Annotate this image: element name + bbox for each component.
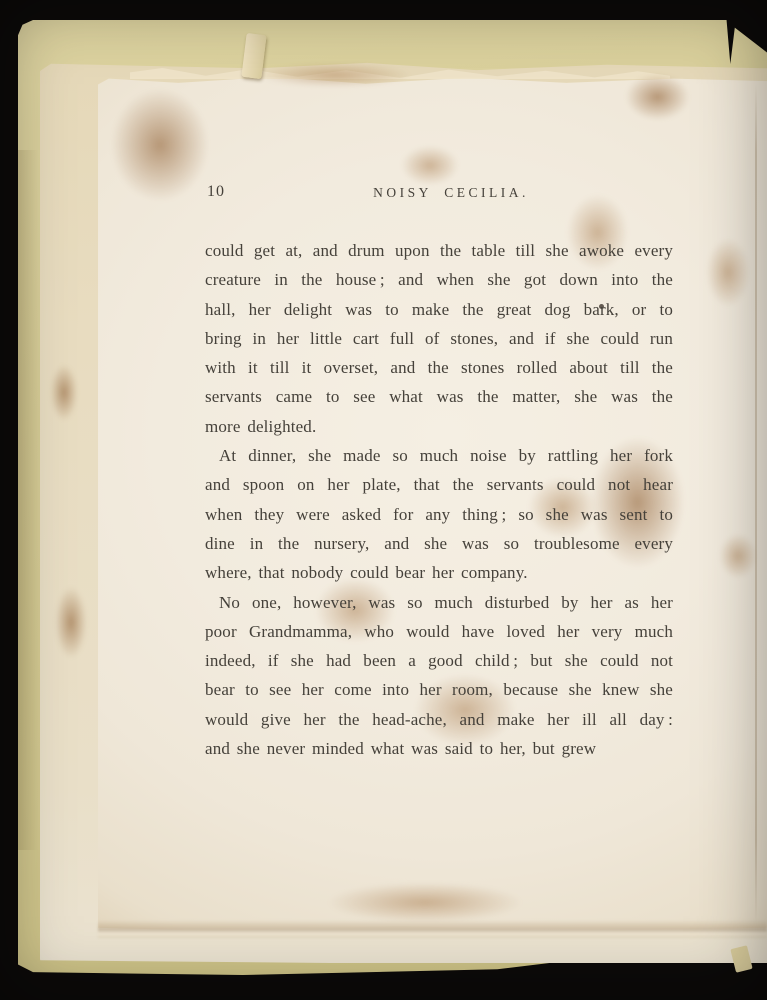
text-line: with it till it overset, and the stones … (205, 353, 673, 382)
body-text: could get at, and drum upon the table ti… (205, 236, 673, 763)
text-line: No one, however, was so much disturbed b… (205, 588, 673, 617)
text-line: could get at, and drum upon the table ti… (205, 236, 673, 265)
text-line: dine in the nursery, and she was so trou… (205, 529, 673, 558)
printed-text-block: 10 NOISY CECILIA. could get at, and drum… (205, 183, 673, 763)
text-line: more delighted. (205, 412, 673, 441)
bottom-crease (98, 920, 767, 938)
text-line: At dinner, she made so much noise by rat… (205, 441, 673, 470)
text-line: and spoon on her plate, that the servant… (205, 470, 673, 499)
text-line: where, that nobody could bear her compan… (205, 558, 673, 587)
text-line: indeed, if she had been a good child ; b… (205, 646, 673, 675)
outer-page-shadow (18, 150, 38, 850)
text-line: hall, her delight was to make the great … (205, 295, 673, 324)
running-title: NOISY CECILIA. (205, 185, 673, 201)
text-line: would give her the head-ache, and make h… (205, 705, 673, 734)
text-line: creature in the house ; and when she got… (205, 265, 673, 294)
text-line: poor Grandmamma, who would have loved he… (205, 617, 673, 646)
text-line: when they were asked for any thing ; so … (205, 500, 673, 529)
text-line: and she never minded what was said to he… (205, 734, 673, 763)
page-header: 10 NOISY CECILIA. (205, 183, 673, 203)
text-line: servants came to see what was the matter… (205, 382, 673, 411)
text-line: bring in her little cart full of stones,… (205, 324, 673, 353)
right-crease (755, 84, 757, 924)
text-line: bear to see her come into her room, beca… (205, 675, 673, 704)
